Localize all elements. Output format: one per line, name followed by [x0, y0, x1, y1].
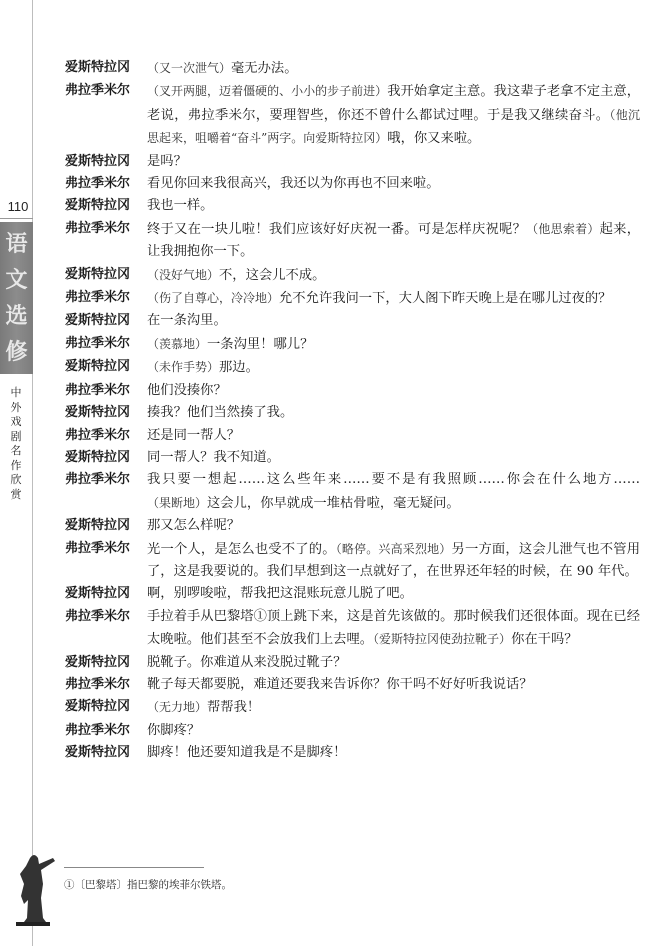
side-title-char: 戏	[11, 415, 22, 430]
speaker-name: 弗拉季米尔	[65, 606, 147, 652]
side-title-char: 赏	[11, 488, 22, 503]
speech-text: 揍我？他们当然揍了我。	[147, 402, 640, 424]
speech-text: 看见你回来我很高兴，我还以为你再也不回来啦。	[147, 173, 640, 195]
speaker-name: 爱斯特拉冈	[65, 583, 147, 605]
speaker-name: 爱斯特拉冈	[65, 515, 147, 537]
stage-direction: （叉开两腿，迈着僵硬的、小小的步子前进）	[147, 84, 387, 98]
stage-direction: （略停。兴高采烈地）	[336, 542, 452, 556]
speech-text: 他们没揍你？	[147, 380, 640, 402]
dialogue-line: 弗拉季米尔他们没揍你？	[65, 380, 640, 402]
dialogue-line: 爱斯特拉冈（又一次泄气）毫无办法。	[65, 57, 640, 80]
spoken-text: 毫无办法。	[231, 61, 297, 76]
speech-text: 是吗？	[147, 151, 640, 173]
dialogue-line: 爱斯特拉冈（没好气地）不，这会儿不成。	[65, 264, 640, 287]
speaker-name: 爱斯特拉冈	[65, 57, 147, 80]
dialogue-line: 弗拉季米尔我只要一想起……这么些年来……要不是有我照顾……你会在什么地方……（果…	[65, 469, 640, 515]
spoken-text: 光一个人，是怎么也受不了的。	[147, 542, 336, 557]
speech-text: 我只要一想起……这么些年来……要不是有我照顾……你会在什么地方……（果断地）这会…	[147, 469, 640, 515]
spoken-text: 啊，别啰唆啦，帮我把这混账玩意儿脱了吧。	[147, 586, 413, 601]
dialogue-line: 爱斯特拉冈在一条沟里。	[65, 310, 640, 332]
spoken-text: 那又怎么样呢？	[147, 518, 240, 533]
speech-text: 我也一样。	[147, 195, 640, 217]
speaker-name: 爱斯特拉冈	[65, 447, 147, 469]
dialogue-line: 弗拉季米尔光一个人，是怎么也受不了的。（略停。兴高采烈地）另一方面，这会儿泄气也…	[65, 538, 640, 584]
speech-text: （又一次泄气）毫无办法。	[147, 57, 640, 80]
dialogue-line: 爱斯特拉冈脱靴子。你难道从来没脱过靴子？	[65, 652, 640, 674]
band-char: 语	[5, 233, 27, 255]
side-title-char: 外	[11, 401, 22, 416]
speaker-name: 爱斯特拉冈	[65, 402, 147, 424]
spoken-text: 我也一样。	[147, 198, 213, 213]
spoken-text: 终于又在一块儿啦！我们应该好好庆祝一番。可是怎样庆祝呢？	[147, 222, 526, 237]
dialogue-line: 弗拉季米尔还是同一帮人？	[65, 425, 640, 447]
statue-figure-icon	[8, 848, 62, 928]
dialogue-line: 弗拉季米尔终于又在一块儿啦！我们应该好好庆祝一番。可是怎样庆祝呢？（他思索着）起…	[65, 218, 640, 264]
speaker-name: 弗拉季米尔	[65, 80, 147, 150]
spoken-text: 帮帮我！	[207, 700, 260, 715]
speaker-name: 弗拉季米尔	[65, 287, 147, 310]
play-dialogue: 爱斯特拉冈（又一次泄气）毫无办法。弗拉季米尔（叉开两腿，迈着僵硬的、小小的步子前…	[65, 57, 640, 765]
speaker-name: 爱斯特拉冈	[65, 310, 147, 332]
speaker-name: 爱斯特拉冈	[65, 652, 147, 674]
spoken-text: 他们没揍你？	[147, 383, 227, 398]
speaker-name: 弗拉季米尔	[65, 218, 147, 264]
speaker-name: 弗拉季米尔	[65, 333, 147, 356]
book-side-title: 中 外 戏 剧 名 作 欣 赏	[6, 386, 26, 502]
spoken-text: 脱靴子。你难道从来没脱过靴子？	[147, 655, 346, 670]
dialogue-line: 爱斯特拉冈那又怎么样呢？	[65, 515, 640, 537]
side-title-char: 作	[11, 459, 22, 474]
speaker-name: 爱斯特拉冈	[65, 151, 147, 173]
dialogue-line: 弗拉季米尔（羡慕地）一条沟里！哪儿？	[65, 333, 640, 356]
speech-text: （无力地）帮帮我！	[147, 696, 640, 719]
speech-text: 脚疼！他还要知道我是不是脚疼！	[147, 742, 640, 764]
speaker-name: 弗拉季米尔	[65, 674, 147, 696]
spoken-text: 你在干吗？	[511, 632, 577, 647]
dialogue-line: 爱斯特拉冈是吗？	[65, 151, 640, 173]
speaker-name: 爱斯特拉冈	[65, 264, 147, 287]
speech-text: 在一条沟里。	[147, 310, 640, 332]
speech-text: （没好气地）不，这会儿不成。	[147, 264, 640, 287]
dialogue-line: 爱斯特拉冈揍我？他们当然揍了我。	[65, 402, 640, 424]
speech-text: 光一个人，是怎么也受不了的。（略停。兴高采烈地）另一方面，这会儿泄气也不管用了，…	[147, 538, 640, 584]
side-title-char: 剧	[11, 430, 22, 445]
side-title-char: 中	[11, 386, 22, 401]
dialogue-line: 弗拉季米尔手拉着手从巴黎塔①顶上跳下来，这是首先该做的。那时候我们还很体面。现在…	[65, 606, 640, 652]
dialogue-line: 弗拉季米尔你脚疼？	[65, 720, 640, 742]
speaker-name: 弗拉季米尔	[65, 173, 147, 195]
spoken-text: 是吗？	[147, 154, 187, 169]
dialogue-line: 爱斯特拉冈（无力地）帮帮我！	[65, 696, 640, 719]
speaker-name: 弗拉季米尔	[65, 469, 147, 515]
dialogue-line: 爱斯特拉冈啊，别啰唆啦，帮我把这混账玩意儿脱了吧。	[65, 583, 640, 605]
spoken-text: 那边。	[219, 360, 259, 375]
speaker-name: 弗拉季米尔	[65, 425, 147, 447]
spoken-text: 靴子每天都要脱，难道还要我来告诉你？你干吗不好好听我说话？	[147, 677, 533, 692]
band-char: 修	[5, 341, 27, 363]
speech-text: （伤了自尊心，冷冷地）允不允许我问一下，大人阁下昨天晚上是在哪儿过夜的？	[147, 287, 640, 310]
spoken-text: 还是同一帮人？	[147, 428, 240, 443]
speech-text: 那又怎么样呢？	[147, 515, 640, 537]
stage-direction: （他思索着）	[526, 222, 599, 236]
series-title-band: 语 文 选 修	[0, 222, 33, 374]
speech-text: 靴子每天都要脱，难道还要我来告诉你？你干吗不好好听我说话？	[147, 674, 640, 696]
stage-direction: （爱斯特拉冈使劲拉靴子）	[373, 632, 511, 646]
dialogue-line: 弗拉季米尔（叉开两腿，迈着僵硬的、小小的步子前进）我开始拿定主意。我这辈子老拿不…	[65, 80, 640, 150]
dialogue-line: 爱斯特拉冈同一帮人？我不知道。	[65, 447, 640, 469]
spoken-text: 看见你回来我很高兴，我还以为你再也不回来啦。	[147, 176, 440, 191]
stage-direction: （又一次泄气）	[147, 61, 231, 75]
speaker-name: 弗拉季米尔	[65, 538, 147, 584]
stage-direction: （未作手势）	[147, 360, 219, 374]
spoken-text: 在一条沟里。	[147, 313, 227, 328]
spoken-text: 揍我？他们当然揍了我。	[147, 405, 293, 420]
page-number-divider	[0, 218, 33, 219]
dialogue-line: 弗拉季米尔看见你回来我很高兴，我还以为你再也不回来啦。	[65, 173, 640, 195]
page-number: 110	[4, 199, 32, 214]
band-char: 选	[5, 305, 27, 327]
speech-text: 还是同一帮人？	[147, 425, 640, 447]
spoken-text: 我只要一想起……这么些年来……要不是有我照顾……你会在什么地方……	[147, 472, 640, 487]
speaker-name: 爱斯特拉冈	[65, 195, 147, 217]
speech-text: 你脚疼？	[147, 720, 640, 742]
speaker-name: 弗拉季米尔	[65, 720, 147, 742]
speech-text: 手拉着手从巴黎塔①顶上跳下来，这是首先该做的。那时候我们还很体面。现在已经太晚啦…	[147, 606, 640, 652]
speech-text: （羡慕地）一条沟里！哪儿？	[147, 333, 640, 356]
speech-text: （叉开两腿，迈着僵硬的、小小的步子前进）我开始拿定主意。我这辈子老拿不定主意，老…	[147, 80, 640, 150]
dialogue-line: 弗拉季米尔靴子每天都要脱，难道还要我来告诉你？你干吗不好好听我说话？	[65, 674, 640, 696]
spoken-text: 这会儿，你早就成一堆枯骨啦，毫无疑问。	[207, 496, 460, 511]
speech-text: 同一帮人？我不知道。	[147, 447, 640, 469]
side-title-char: 名	[11, 444, 22, 459]
footnote-divider	[64, 867, 204, 868]
stage-direction: （没好气地）	[147, 268, 219, 282]
spoken-text: 同一帮人？我不知道。	[147, 450, 280, 465]
spoken-text: 你脚疼？	[147, 723, 200, 738]
band-char: 文	[5, 269, 27, 291]
speaker-name: 弗拉季米尔	[65, 380, 147, 402]
page-spine-line	[32, 0, 33, 946]
side-title-char: 欣	[11, 473, 22, 488]
stage-direction: （无力地）	[147, 700, 207, 714]
spoken-text: 脚疼！他还要知道我是不是脚疼！	[147, 745, 346, 760]
speaker-name: 爱斯特拉冈	[65, 696, 147, 719]
dialogue-line: 爱斯特拉冈我也一样。	[65, 195, 640, 217]
spoken-text: 哦，你又来啦。	[387, 131, 480, 146]
dialogue-line: 爱斯特拉冈脚疼！他还要知道我是不是脚疼！	[65, 742, 640, 764]
dialogue-line: 爱斯特拉冈（未作手势）那边。	[65, 356, 640, 379]
stage-direction: （果断地）	[147, 496, 207, 510]
speaker-name: 爱斯特拉冈	[65, 356, 147, 379]
footnote: ①〔巴黎塔〕指巴黎的埃菲尔铁塔。	[64, 877, 232, 892]
stage-direction: （羡慕地）	[147, 337, 207, 351]
stage-direction: （伤了自尊心，冷冷地）	[147, 291, 279, 305]
spoken-text: 不，这会儿不成。	[219, 268, 325, 283]
speaker-name: 爱斯特拉冈	[65, 742, 147, 764]
spoken-text: 允不允许我问一下，大人阁下昨天晚上是在哪儿过夜的？	[279, 291, 611, 306]
dialogue-line: 弗拉季米尔（伤了自尊心，冷冷地）允不允许我问一下，大人阁下昨天晚上是在哪儿过夜的…	[65, 287, 640, 310]
speech-text: 啊，别啰唆啦，帮我把这混账玩意儿脱了吧。	[147, 583, 640, 605]
speech-text: 脱靴子。你难道从来没脱过靴子？	[147, 652, 640, 674]
speech-text: （未作手势）那边。	[147, 356, 640, 379]
spoken-text: 一条沟里！哪儿？	[207, 337, 313, 352]
speech-text: 终于又在一块儿啦！我们应该好好庆祝一番。可是怎样庆祝呢？（他思索着）起来，让我拥…	[147, 218, 640, 264]
